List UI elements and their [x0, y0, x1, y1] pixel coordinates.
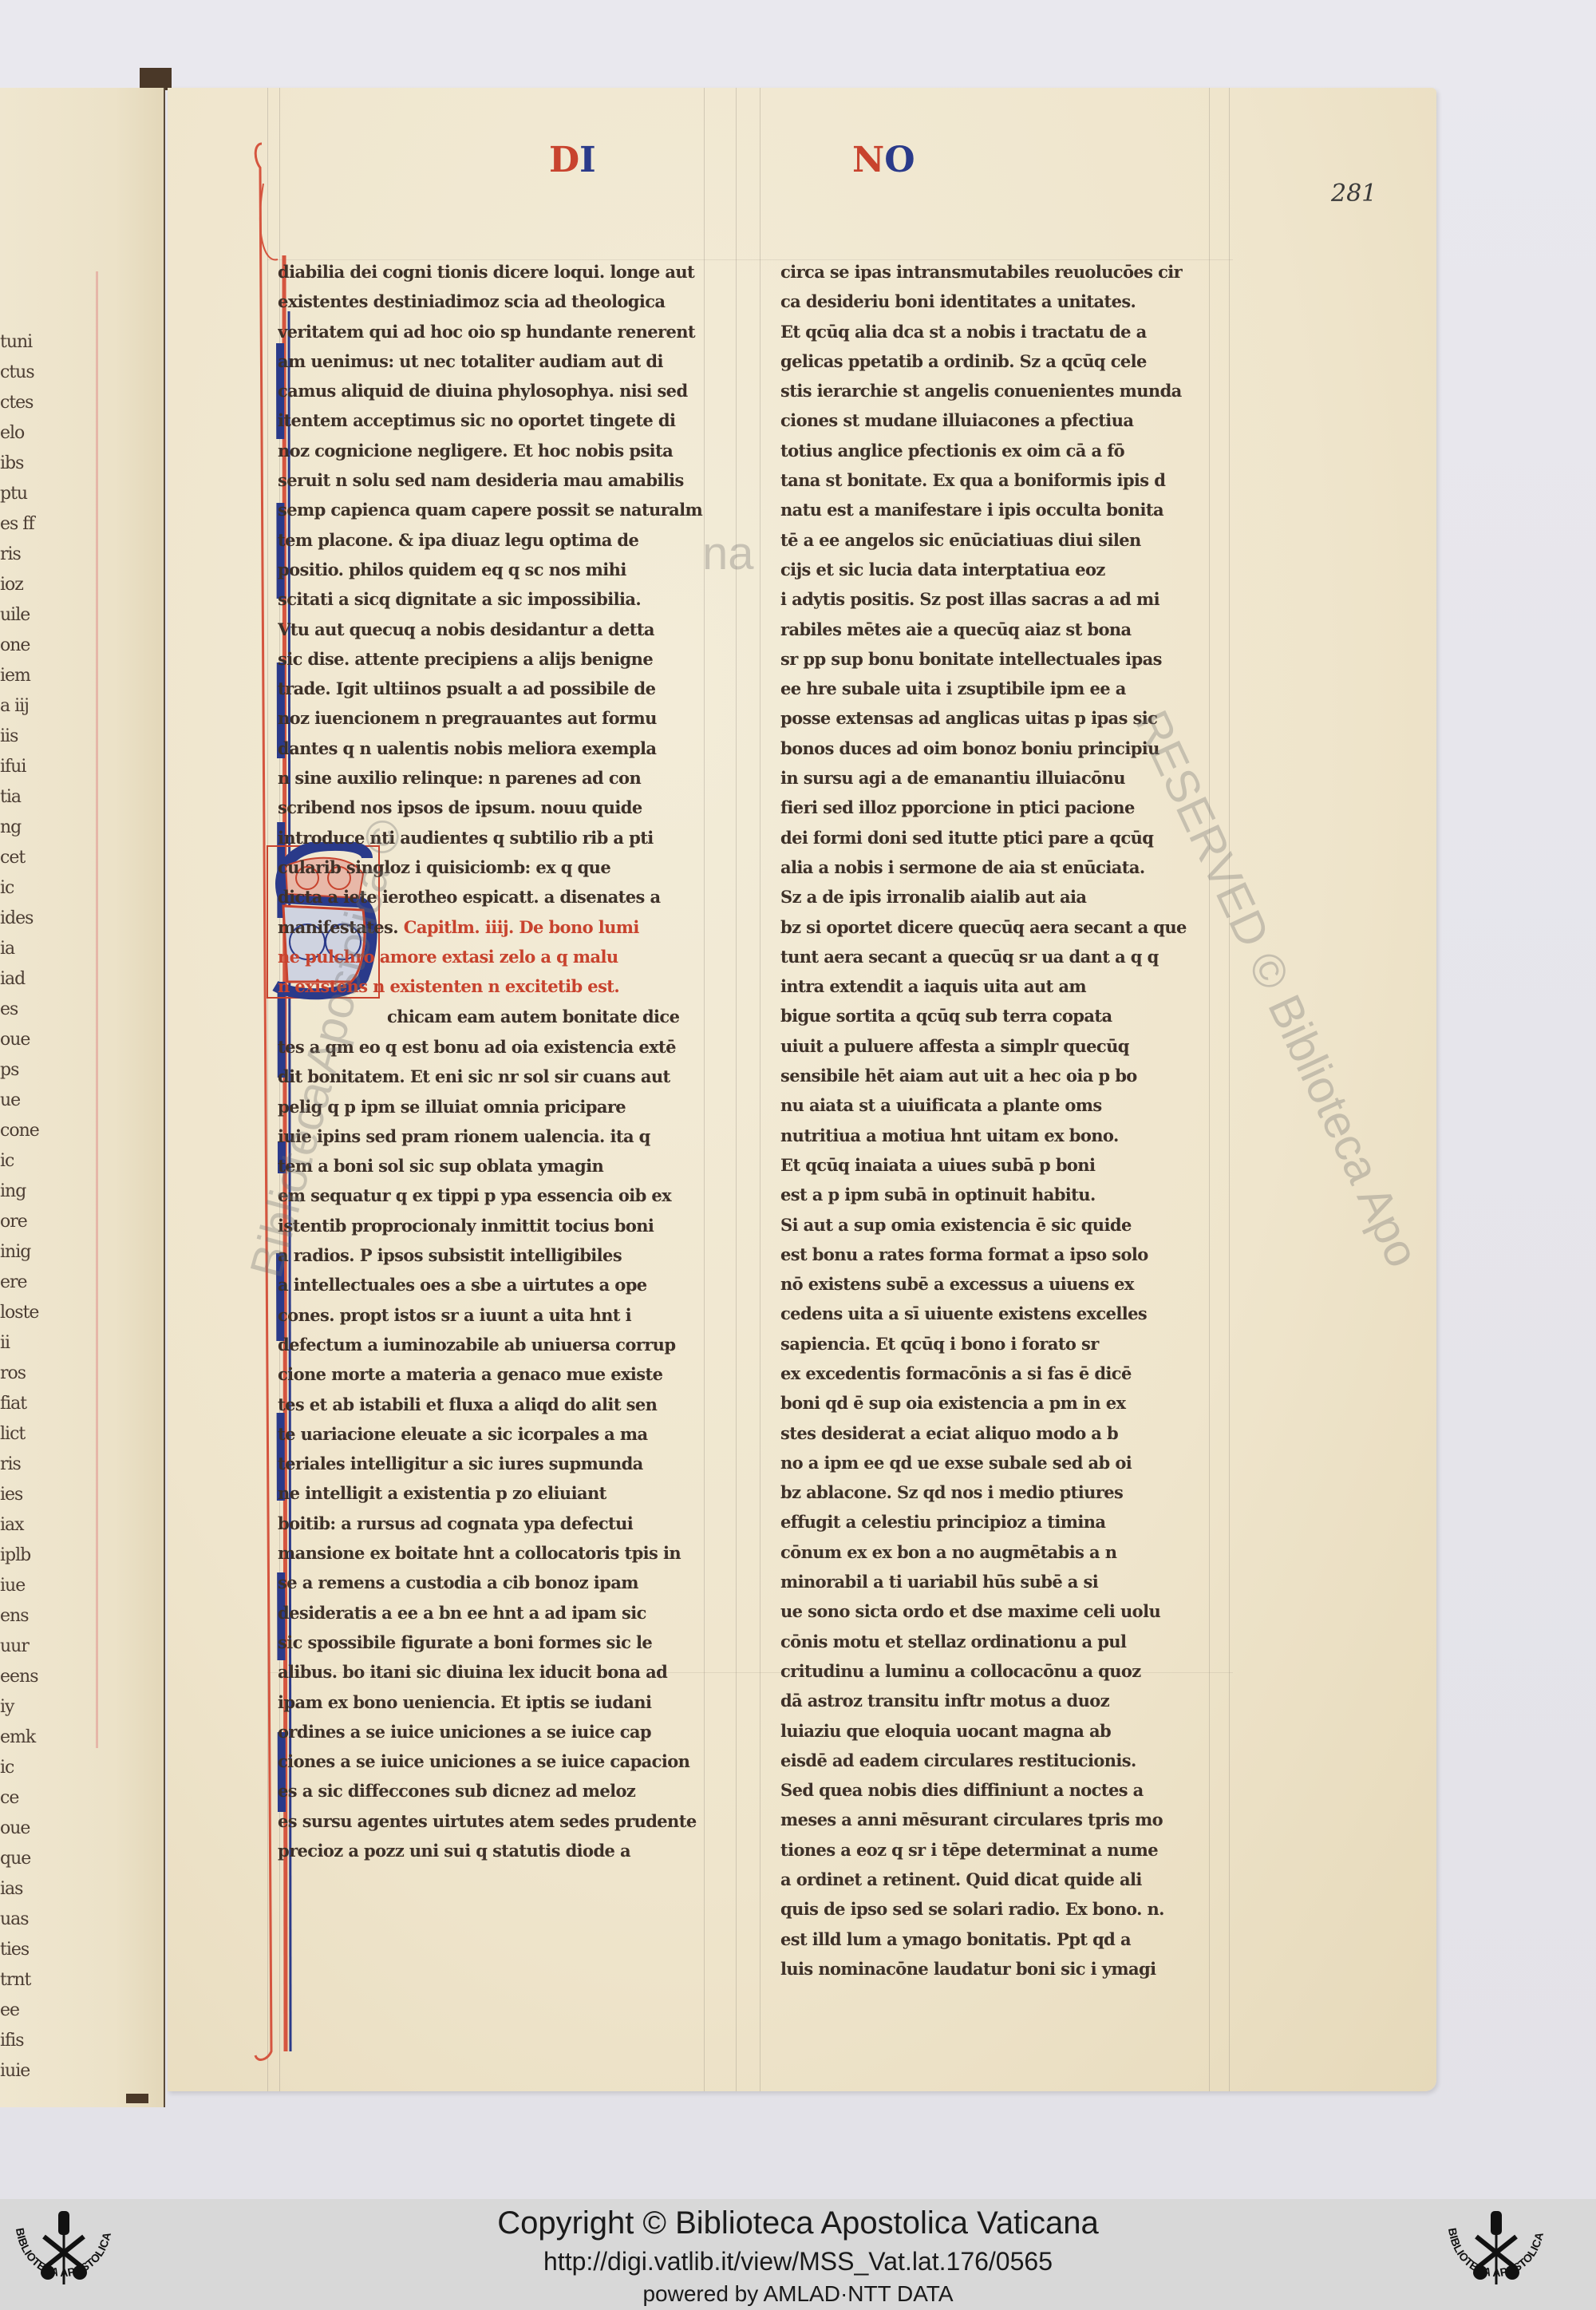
text-line: am uenimus: ut nec totaliter audiam aut … — [278, 346, 725, 376]
text-line: sensibile hēt aiam aut uit a hec oia p b… — [780, 1061, 1227, 1090]
text-line: sr pp sup bonu bonitate intellectuales i… — [780, 644, 1227, 674]
powered-by-text: powered by AMLAD·NTT DATA — [0, 2281, 1596, 2307]
text-line: tunt aera secant a quecūq sr ua dant a q… — [780, 942, 1227, 971]
text-line: itentem acceptimus sic no oportet tinget… — [278, 405, 725, 435]
text-line: stis ierarchie st angelis conuenientes m… — [780, 376, 1227, 405]
text-column-b: circa se ipas intransmutabiles reuolucōe… — [780, 257, 1227, 1984]
text-line: ciones st mudane illuiacones a pfectiua — [780, 405, 1227, 435]
binding-tab-top — [140, 68, 172, 90]
copyright-text: Copyright © Biblioteca Apostolica Vatica… — [0, 2205, 1596, 2241]
text-line: eisdē ad eadem circulares restitucionis. — [780, 1746, 1227, 1775]
text-column-a-lower: tes a qm eo q est bonu ad oia existencia… — [278, 1032, 725, 1865]
running-head-right: NO — [852, 140, 915, 180]
text-line: luis nominacōne laudatur boni sic i ymag… — [780, 1954, 1227, 1984]
text-line: effugit a celestiu principioz a timina — [780, 1507, 1227, 1537]
text-line: cione morte a materia a genaco mue exist… — [278, 1359, 725, 1389]
text-line: critudinu a luminu a collocacōnu a quoz — [780, 1656, 1227, 1686]
text-line: ciones a se iuice uniciones a se iuice c… — [278, 1746, 725, 1776]
text-line: tē a ee angelos sic enūciatiuas diui sil… — [780, 525, 1227, 555]
text-line: rabiles mētes aie a quecūq aiaz st bona — [780, 615, 1227, 644]
text-line: camus aliquid de diuina phylosophya. nis… — [278, 376, 725, 405]
manuscript-url-link[interactable]: http://digi.vatlib.it/view/MSS_Vat.lat.1… — [0, 2247, 1596, 2276]
text-line: ee hre subale uita i zsuptibile ipm ee a — [780, 674, 1227, 703]
text-line: cones. propt istos sr a iuunt a uita hnt… — [278, 1300, 725, 1330]
text-line: iuie ipins sed pram rionem ualencia. ita… — [278, 1121, 725, 1151]
text-line: Sz a de ipis irronalib aialib aut aia — [780, 882, 1227, 912]
text-line: Vtu aut quecuq a nobis desidantur a dett… — [278, 615, 725, 644]
text-line: bigue sortita a qcūq sub terra copata — [780, 1001, 1227, 1030]
text-line: no a ipm ee qd ue exse subale sed ab oi — [780, 1448, 1227, 1477]
text-line: istentib proprocionaly inmittit tocius b… — [278, 1211, 725, 1240]
text-line: Et qcūq inaiata a uiues subā p boni — [780, 1150, 1227, 1180]
text-line: semp capienca quam capere possit se natu… — [278, 495, 725, 524]
text-line: intra extendit a iaquis uita aut am — [780, 971, 1227, 1001]
text-line: ne intelligit a existentia p zo eliuiant — [278, 1478, 725, 1508]
text-line: a ordinet a retinent. Quid dicat quide a… — [780, 1865, 1227, 1894]
text-line: boitib: a rursus ad cognata ypa defectui — [278, 1509, 725, 1538]
text-line: dā astroz transitu inftr motus a duoz — [780, 1686, 1227, 1715]
text-line: noz iuencionem n pregrauantes aut formu — [278, 703, 725, 733]
text-line: nu aiata st a uiuificata a plante oms — [780, 1090, 1227, 1120]
text-line: tana st bonitate. Ex qua a boniformis ip… — [780, 465, 1227, 495]
text-line: gelicas ppetatib a ordinib. Sz a qcūq ce… — [780, 346, 1227, 376]
text-line: Sed quea nobis dies diffiniunt a noctes … — [780, 1775, 1227, 1805]
binding-tab-bottom — [126, 2094, 148, 2103]
copyright-footer: Copyright © Biblioteca Apostolica Vatica… — [0, 2199, 1596, 2310]
text-line: tem placone. & ipa diuaz legu optima de — [278, 525, 725, 555]
text-line: tes et ab istabili et fluxa a aliqd do a… — [278, 1390, 725, 1419]
text-line: diabilia dei cogni tionis dicere loqui. … — [278, 257, 725, 287]
text-line: uiuit a puluere affesta a simplr quecūq — [780, 1031, 1227, 1061]
text-line: se a remens a custodia a cib bonoz ipam — [278, 1568, 725, 1597]
text-line: stes desiderat a eciat aliquo modo a b — [780, 1418, 1227, 1448]
text-line: bz si oportet dicere quecūq aera secant … — [780, 912, 1227, 942]
text-line: es a sic diffeccones sub dicnez ad meloz — [278, 1776, 725, 1806]
text-line: sapiencia. Et qcūq i bono i forato sr — [780, 1329, 1227, 1359]
text-line: es sursu agentes uirtutes atem sedes pru… — [278, 1806, 725, 1836]
text-line: cedens uita a sī uiuente existens excell… — [780, 1299, 1227, 1328]
text-line: sic dise. attente precipiens a alijs ben… — [278, 644, 725, 674]
text-line: ca desideriu boni identitates a unitates… — [780, 287, 1227, 316]
text-line: cōnum ex ex bon a no augmētabis a n — [780, 1537, 1227, 1567]
text-line: alibus. bo itani sic diuina lex iducit b… — [278, 1657, 725, 1687]
text-line: boni qd ē sup oia existencia a pm in ex — [780, 1388, 1227, 1418]
text-line: meses a anni mēsurant circulares tpris m… — [780, 1805, 1227, 1834]
text-line: circa se ipas intransmutabiles reuolucōe… — [780, 257, 1227, 287]
text-line: nutritiua a motiua hnt uitam ex bono. — [780, 1121, 1227, 1150]
text-line: n sine auxilio relinque: n parenes ad co… — [278, 763, 725, 793]
text-line: mansione ex boitate hnt a collocatoris t… — [278, 1538, 725, 1568]
text-line: bz ablacone. Sz qd nos i medio ptiures — [780, 1477, 1227, 1507]
text-line: ordines a se iuice uniciones a se iuice … — [278, 1717, 725, 1746]
text-line: natu est a manifestare i ipis occulta bo… — [780, 495, 1227, 524]
text-line: est bonu a rates forma format a ipso sol… — [780, 1240, 1227, 1269]
text-line: scribend nos ipsos de ipsum. nouu quide — [278, 793, 725, 822]
text-line: existentes destiniadimoz scia ad theolog… — [278, 287, 725, 316]
text-line: minorabil a ti uariabil hūs subē a si — [780, 1567, 1227, 1596]
ruling-line — [760, 88, 760, 2091]
text-line: quis de ipso sed se solari radio. Ex bon… — [780, 1894, 1227, 1924]
text-line: est illd lum a ymago bonitatis. Ppt qd a — [780, 1924, 1227, 1954]
text-line: ipam ex bono ueniencia. Et iptis se iuda… — [278, 1687, 725, 1717]
ruling-line — [736, 88, 737, 2091]
vatican-library-logo-icon: BIBLIOTECA APOSTOLICA VATICANA — [1436, 2205, 1556, 2304]
text-line: a intellectuales oes a sbe a uirtutes a … — [278, 1270, 725, 1299]
folio-number: 281 — [1331, 180, 1377, 208]
text-line: defectum a iuminozabile ab uniuersa corr… — [278, 1330, 725, 1359]
text-line: teriales intelligitur a sic iures supmun… — [278, 1449, 725, 1478]
left-page-edge: tuni ctus ctes elo ibs ptu es ff ris ioz… — [0, 88, 165, 2107]
text-line: precioz a pozz uni sui q statutis diode … — [278, 1836, 725, 1865]
text-line: noz cognicione negligere. Et hoc nobis p… — [278, 436, 725, 465]
text-line: te uariacione eleuate a sic icorpales a … — [278, 1419, 725, 1449]
text-line: dei formi doni sed itutte ptici pare a q… — [780, 823, 1227, 852]
text-column-a-indented: oportet igit iam sermone ad ipam eamus b… — [387, 1002, 725, 1032]
left-page-ruling — [96, 271, 98, 1748]
text-line: positio. philos quidem eq q sc nos mihi — [278, 555, 725, 584]
text-line: desideratis a ee a bn ee hnt a ad ipam s… — [278, 1598, 725, 1628]
text-line: tem a boni sol sic sup oblata ymagin — [278, 1151, 725, 1181]
text-line: dantes q n ualentis nobis meliora exempl… — [278, 734, 725, 763]
chapter-rubric: Capitlm. iiij. De bono lumi — [404, 917, 639, 937]
text-line: sic spossibile figurate a boni formes si… — [278, 1628, 725, 1657]
text-line: veritatem qui ad hoc oio sp hundante ren… — [278, 317, 725, 346]
text-line: chicam eam autem bonitate dice — [387, 1002, 725, 1031]
text-line: luiaziu que eloquia uocant magna ab — [780, 1716, 1227, 1746]
text-line: ex excedentis formacōnis a si fas ē dicē — [780, 1359, 1227, 1388]
text-line: Si aut a sup omia existencia ē sic quide — [780, 1210, 1227, 1240]
vatican-library-logo-icon: BIBLIOTECA APOSTOLICA VATICANA — [4, 2205, 124, 2304]
text-line: tiones a eoz q sr i tēpe determinat a nu… — [780, 1835, 1227, 1865]
text-line: trade. Igit ultiinos psualt a ad possibi… — [278, 674, 725, 703]
text-line: totius anglice pfectionis ex oim cā a fō — [780, 436, 1227, 465]
text-line: scitati a sicq dignitate a sic impossibi… — [278, 584, 725, 614]
text-line: pelig q p ipm se illuiat omnia pricipare — [278, 1092, 725, 1121]
text-line: a radios. P ipsos subsistit intelligibil… — [278, 1240, 725, 1270]
text-line: introduce nti audientes q subtilio rib a… — [278, 823, 725, 852]
left-page-text-fragment: tuni ctus ctes elo ibs ptu es ff ris ioz… — [0, 327, 88, 2087]
watermark-center: na — [702, 527, 754, 580]
text-line: cijs et sic lucia data interptatiua eoz — [780, 555, 1227, 584]
text-line: em sequatur q ex tippi p ypa essencia oi… — [278, 1181, 725, 1210]
text-line: seruit n solu sed nam desideria mau amab… — [278, 465, 725, 495]
text-line: nō existens subē a excessus a uiuens ex — [780, 1269, 1227, 1299]
text-line: cōnis motu et stellaz ordinationu a pul — [780, 1627, 1227, 1656]
text-line: est a p ipm subā in optinuit habitu. — [780, 1180, 1227, 1209]
text-line: i adytis positis. Sz post illas sacras a… — [780, 584, 1227, 614]
text-line: alia a nobis i sermone de aia st enūciat… — [780, 852, 1227, 882]
text-line: Et qcūq alia dca st a nobis i tractatu d… — [780, 317, 1227, 346]
ruling-line — [1229, 88, 1230, 2091]
text-line: ue sono sicta ordo et dse maxime celi uo… — [780, 1596, 1227, 1626]
running-head-left: DI — [549, 140, 596, 180]
